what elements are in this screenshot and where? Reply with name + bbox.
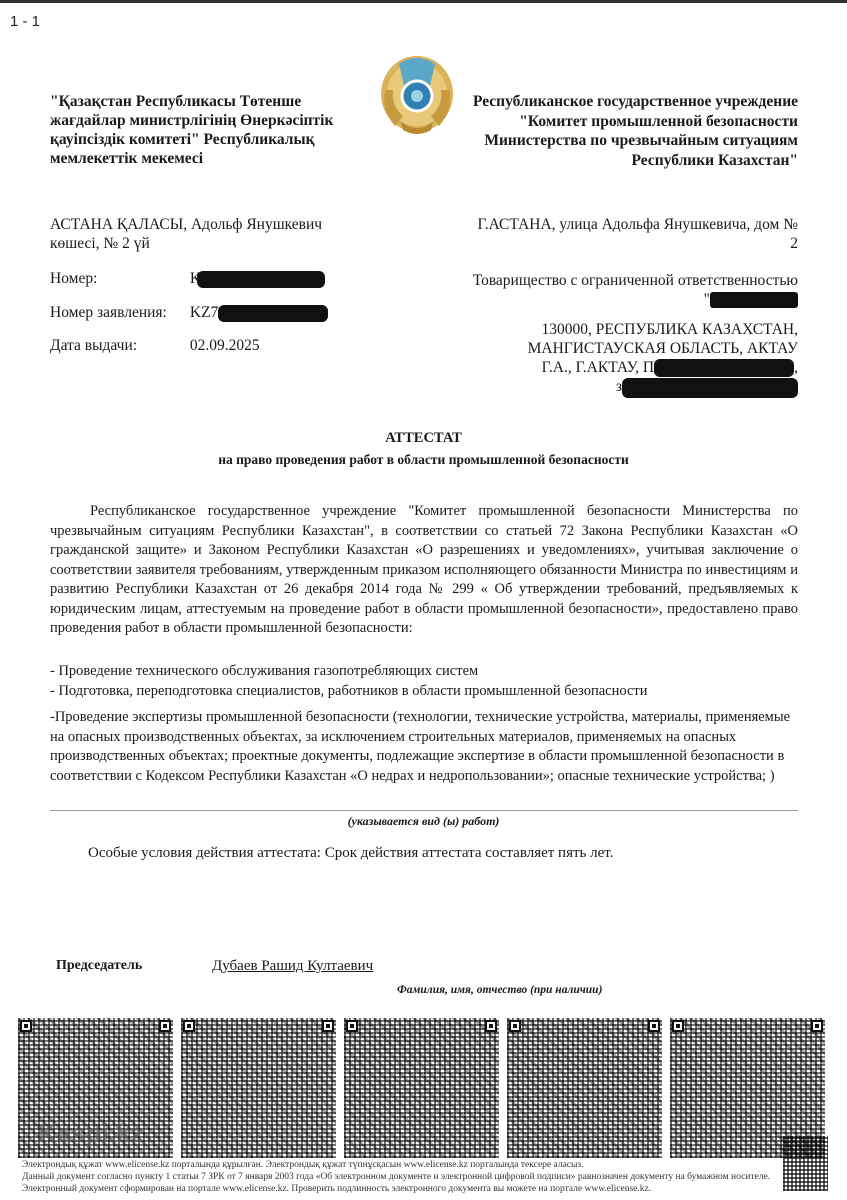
certificate-title: АТТЕСТАТ на право проведения работ в обл…: [0, 430, 847, 468]
qr-code-icon: [181, 1018, 336, 1158]
footer-line-russian: Данный документ согласно пункту 1 статьи…: [22, 1171, 782, 1195]
signatory-role: Председатель: [56, 958, 142, 974]
watermark: Kaspi.kz: [38, 1118, 144, 1149]
field-number: Номер: K: [50, 270, 325, 288]
signatory-name: Дубаев Рашид Култаевич: [212, 958, 373, 975]
redaction-mark: [218, 305, 328, 322]
state-emblem-icon: [377, 50, 457, 140]
issuer-name-kazakh: "Қазақстан Республикасы Төтенше жағдайла…: [50, 92, 360, 168]
field-application-number: Номер заявления: KZ7: [50, 304, 328, 322]
field-issue-date-value: 02.09.2025: [190, 337, 260, 355]
field-application-number-value: KZ7: [190, 304, 328, 322]
certificate-title-sub: на право проведения работ в области пром…: [0, 452, 847, 468]
field-issue-date: Дата выдачи: 02.09.2025: [50, 337, 260, 355]
viewer-top-border: [0, 0, 847, 3]
redaction-mark: [654, 359, 794, 377]
field-issue-date-label: Дата выдачи:: [50, 337, 186, 355]
qr-code-icon: [507, 1018, 662, 1158]
qr-code-small-icon: [783, 1136, 828, 1191]
field-application-number-label: Номер заявления:: [50, 304, 186, 322]
issuer-address-russian: Г.АСТАНА, улица Адольфа Янушкевича, дом …: [470, 215, 798, 253]
recipient-name: Товарищество с ограниченной ответственно…: [470, 271, 798, 309]
footer-notice: Электрондық құжат www.elicense.kz портал…: [22, 1159, 782, 1195]
field-number-value: K: [190, 270, 325, 288]
redaction-mark: [710, 292, 798, 308]
work-type-item: -Проведение экспертизы промышленной безо…: [50, 708, 798, 786]
certificate-body: Республиканское государственное учрежден…: [50, 502, 798, 639]
issuer-name-russian: Республиканское государственное учрежден…: [470, 92, 798, 170]
certificate-title-main: АТТЕСТАТ: [0, 430, 847, 447]
work-types-list: - Проведение технического обслуживания г…: [50, 661, 798, 786]
issuer-address-kazakh: АСТАНА ҚАЛАСЫ, Адольф Янушкевич көшесі, …: [50, 215, 370, 253]
redaction-mark: [622, 378, 798, 398]
work-type-item: - Проведение технического обслуживания г…: [50, 661, 798, 681]
special-conditions: Особые условия действия аттестата: Срок …: [88, 845, 613, 862]
signatory-caption: Фамилия, имя, отчество (при наличии): [397, 984, 602, 996]
page-indicator: 1 - 1: [10, 13, 40, 30]
recipient-address: 130000, РЕСПУБЛИКА КАЗАХСТАН, МАНГИСТАУС…: [470, 320, 798, 398]
work-type-item: - Подготовка, переподготовка специалисто…: [50, 681, 798, 701]
field-number-label: Номер:: [50, 270, 186, 288]
divider-line: [50, 810, 798, 811]
work-type-caption: (указывается вид (ы) работ): [0, 814, 847, 829]
redaction-mark: [197, 271, 325, 288]
qr-code-icon: [344, 1018, 499, 1158]
footer-line-kazakh: Электрондық құжат www.elicense.kz портал…: [22, 1159, 782, 1171]
